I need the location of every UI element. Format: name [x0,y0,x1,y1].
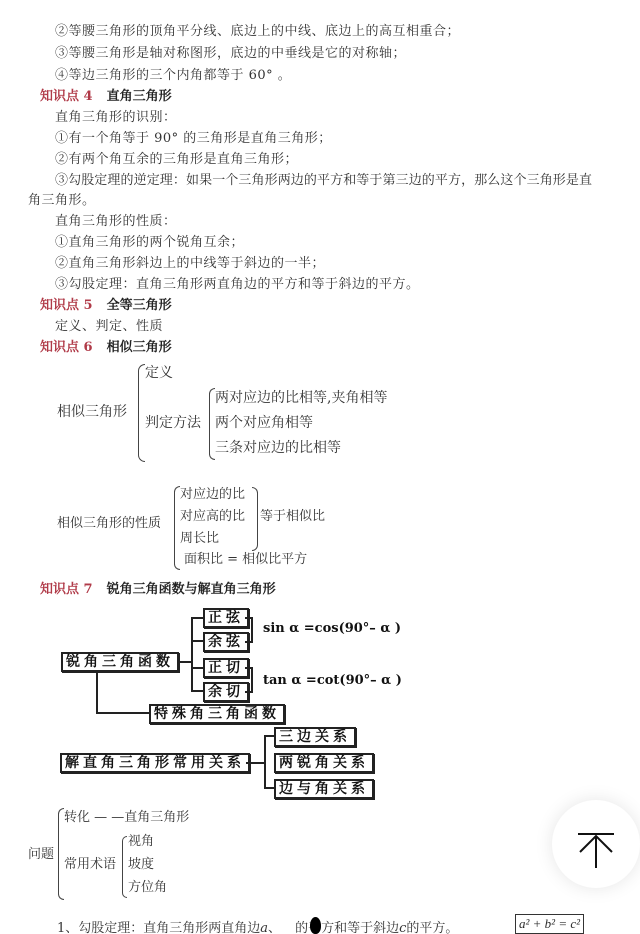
pythagoras-sep: 、 [268,921,281,934]
solve-root-box: 解直角三角形常用关系 [60,753,250,773]
solve-branch-3 [264,787,274,789]
kp4-tag: 知识点 4 [40,89,93,104]
kp5-heading: 知识点 5全等三角形 [40,298,172,314]
sine-cosine-join [251,617,253,643]
trig-branch-2 [191,640,203,642]
kp7-title: 锐角三角函数与解直角三角形 [107,582,276,597]
kp7-tag: 知识点 7 [40,582,93,597]
tree2-ratio-1: 对应边的比 [180,486,245,504]
kp4-property-3: ③勾股定理：直角三角形两直角边的平方和等于斜边的平方。 [55,277,420,293]
ink-blot [310,917,321,934]
kp7-heading: 知识点 7锐角三角函数与解直角三角形 [40,582,276,598]
isosceles-property-3: ③等腰三角形是轴对称图形，底边的中垂线是它的对称轴； [55,46,406,62]
cosine-box: 余弦 [203,632,249,652]
special-arrow-line [96,712,150,714]
solve-connector [246,762,266,764]
kp4-identify-3: ③勾股定理的逆定理：如果一个三角形两边的平方和等于第三边的平方，那么这个三角形是… [55,173,592,189]
formula-tan-cot: tan α =cot(90°– α ) [263,673,402,688]
solve-branch-angles: 两锐角关系 [274,753,374,773]
solve-vertical [264,735,266,789]
pythagoras-line: 1、勾股定理：直角三角形两直角边a、的平方和等于斜边c的平方。 [57,917,458,934]
trig-root-box: 锐角三角函数 [61,652,179,672]
term-view-angle: 视角 [128,833,154,851]
pythagoras-text-before: 1、勾股定理：直角三角形两直角边 [57,921,260,934]
term-bearing: 方位角 [128,879,167,897]
kp4-identify-2: ②有两个角互余的三角形是直角三角形； [55,152,298,168]
tree2-ratio-2: 对应高的比 [180,508,245,526]
kp5-content: 定义、判定、性质 [55,319,163,335]
problems-terms-brace [122,836,127,898]
kp4-identify-1: ①有一个角等于 90° 的三角形是直角三角形； [55,131,332,147]
tree2-root: 相似三角形的性质 [57,515,161,533]
sine-box: 正弦 [203,608,249,628]
solve-branch-sides: 三边关系 [274,727,356,747]
kp5-title: 全等三角形 [107,298,172,313]
special-angles-box: 特殊角三角函数 [149,704,285,724]
tree2-ratios-result: 等于相似比 [260,508,325,526]
problems-root: 问题 [28,846,54,864]
tree1-criterion-2: 两个对应角相等 [215,414,313,432]
kp5-tag: 知识点 5 [40,298,93,313]
var-a: a [260,921,268,934]
pythagoras-text-end: 的平方。 [406,921,458,934]
cotangent-box: 余切 [203,682,249,702]
solve-branch-1 [264,735,274,737]
kp4-title: 直角三角形 [107,89,172,104]
problems-transform: 转化 — —直角三角形 [64,809,189,827]
isosceles-property-2: ②等腰三角形的顶角平分线、底边上的中线、底边上的高互相重合； [55,24,460,40]
kp6-heading: 知识点 6相似三角形 [40,340,172,356]
tangent-box: 正切 [203,658,249,678]
tree1-criteria-label: 判定方法 [145,414,201,432]
trig-branch-3 [191,667,203,669]
tree1-root: 相似三角形 [57,403,127,421]
tree2-area: 面积比 = 相似比平方 [184,551,307,569]
kp4-heading: 知识点 4直角三角形 [40,89,172,105]
pythagoras-equation: a² + b² = c² [515,914,584,934]
kp6-tag: 知识点 6 [40,340,93,355]
arrow-up-to-top-icon [552,800,640,888]
term-slope: 坡度 [128,856,154,874]
tangent-cotangent-join [251,667,253,693]
isosceles-property-4: ④等边三角形的三个内角都等于 60° 。 [55,68,291,84]
formula-sin-cos: sin α =cos(90°– α ) [263,621,401,636]
tree1-definition: 定义 [145,364,173,382]
problems-terms-label: 常用术语 [64,856,116,874]
kp4-property-1: ①直角三角形的两个锐角互余； [55,235,244,251]
tree1-criterion-1: 两对应边的比相等,夹角相等 [215,389,387,407]
solve-branch-side-angle: 边与角关系 [274,779,374,799]
tree2-ratio-3: 周长比 [180,530,219,548]
kp4-property-2: ②直角三角形斜边上的中线等于斜边的一半； [55,256,325,272]
trig-branch-1 [191,617,203,619]
back-to-top-button[interactable] [552,800,640,888]
kp4-property-heading: 直角三角形的性质： [55,214,177,230]
tree2-right-brace [252,487,258,551]
kp4-identify-heading: 直角三角形的识别： [55,110,177,126]
kp4-identify-3-cont: 角三角形。 [28,193,96,209]
kp6-title: 相似三角形 [107,340,172,355]
trig-vertical [191,617,193,692]
special-down-line [96,671,98,713]
tree1-criterion-3: 三条对应边的比相等 [215,439,341,457]
trig-branch-4 [191,690,203,692]
tree1-brace [138,364,145,462]
